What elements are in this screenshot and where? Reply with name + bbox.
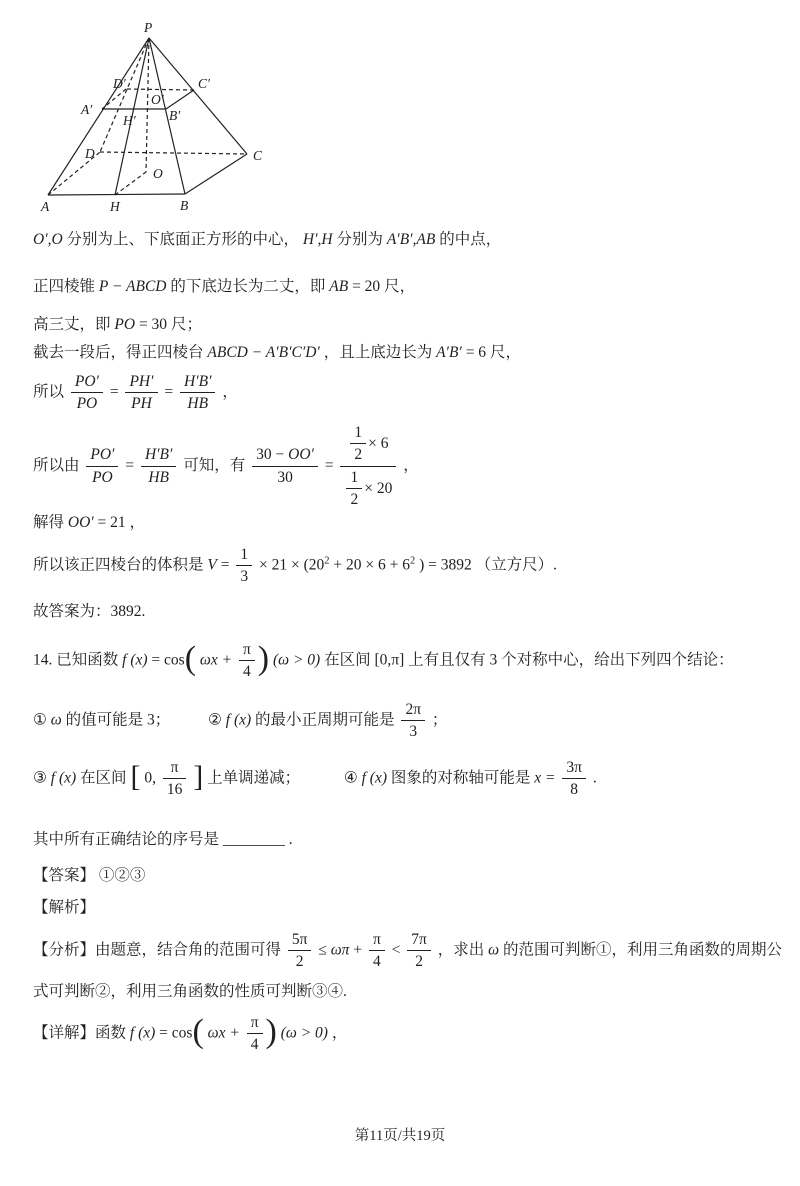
seg: 图象的对称轴可能是 bbox=[391, 769, 531, 786]
seg: OO′ bbox=[68, 514, 94, 531]
seg: ω bbox=[51, 711, 62, 728]
seg: 【解析】 bbox=[33, 899, 95, 916]
denominator: 2 bbox=[407, 950, 431, 971]
fraction: 5π2 bbox=[288, 930, 312, 972]
seg: ， bbox=[403, 457, 419, 474]
fraction: π4 bbox=[369, 930, 385, 972]
vertex-label-o: O bbox=[153, 166, 163, 181]
seg: ； bbox=[432, 711, 448, 728]
answer-line: 【答案】 ①②③ bbox=[33, 864, 145, 888]
seg: = bbox=[164, 383, 173, 400]
document-page: P D′ C′ O′ A′ B′ H′ D C O A H B O′,O 分别为… bbox=[0, 0, 800, 1186]
seg: V bbox=[207, 556, 216, 573]
fraction: 12 bbox=[350, 423, 366, 465]
seg: P − ABCD bbox=[99, 278, 167, 295]
fraction: PH′PH bbox=[125, 372, 157, 414]
seg: 的值可能是 3； bbox=[66, 711, 171, 728]
seg: （立方尺）. bbox=[476, 556, 557, 573]
solution-line-height: 高三丈，即 PO = 30 尺； bbox=[33, 313, 202, 337]
seg: ωx + bbox=[200, 651, 232, 668]
denominator: 4 bbox=[239, 660, 255, 681]
seg: 尺， bbox=[490, 344, 521, 361]
seg: ， bbox=[332, 1024, 348, 1041]
right-paren: ) bbox=[258, 640, 269, 677]
seg: 所以该正四棱台的体积是 bbox=[33, 556, 204, 573]
denominator: 3 bbox=[401, 720, 425, 741]
seg: 的中点， bbox=[439, 231, 501, 248]
denominator: 16 bbox=[163, 778, 187, 799]
seg: f (x) bbox=[130, 1024, 155, 1041]
numerator: π bbox=[163, 758, 187, 778]
seg: 的最小正周期可能是 bbox=[255, 711, 395, 728]
seg: 式可判断②，利用三角函数的性质可判断③④. bbox=[33, 983, 347, 1000]
seg: = bbox=[325, 457, 334, 474]
answer-label: 【答案】 bbox=[33, 867, 95, 884]
denominator: PO bbox=[86, 466, 118, 487]
seg: f (x) bbox=[122, 651, 147, 668]
seg: = 21 bbox=[98, 514, 126, 531]
fraction: π16 bbox=[163, 758, 187, 800]
seg: ωx + bbox=[208, 1024, 240, 1041]
seg: (ω > 0) bbox=[273, 651, 320, 668]
fraction: H′B′HB bbox=[141, 445, 176, 487]
denominator: 8 bbox=[562, 778, 586, 799]
denominator: PO bbox=[71, 392, 103, 413]
seg: = 20 bbox=[352, 278, 380, 295]
seg: = bbox=[125, 457, 134, 474]
analysis-line-2: 式可判断②，利用三角函数的性质可判断③④. bbox=[33, 980, 347, 1004]
numerator: 1 bbox=[236, 545, 252, 565]
solution-line-frustum: 截去一段后，得正四棱台 ABCD − A′B′C′D′ ，且上底边长为 A′B′… bbox=[33, 341, 521, 365]
seg: + bbox=[353, 941, 362, 958]
seg: 故答案为：3892. bbox=[33, 603, 145, 620]
seg: 所以由 bbox=[33, 457, 80, 474]
numerator: 3π bbox=[562, 758, 586, 778]
answer-blank: ________ bbox=[223, 831, 285, 848]
analysis-header: 【解析】 bbox=[33, 896, 95, 920]
circled-4: ④ bbox=[344, 769, 358, 786]
denominator: HB bbox=[180, 392, 215, 413]
fraction: 3π8 bbox=[562, 758, 586, 800]
denominator: 12× 20 bbox=[340, 466, 396, 510]
vertex-label-a: A bbox=[40, 199, 50, 214]
numerator: 1 bbox=[350, 423, 366, 443]
numerator: PH′ bbox=[125, 372, 157, 392]
nested-fraction: 12× 6 12× 20 bbox=[340, 423, 396, 510]
numerator: PO′ bbox=[71, 372, 103, 392]
seg: . bbox=[593, 769, 597, 786]
fraction: PO′PO bbox=[86, 445, 118, 487]
seg: ωπ bbox=[331, 941, 350, 958]
denominator: 2 bbox=[346, 488, 362, 509]
superscript: 2 bbox=[324, 555, 329, 566]
left-paren: ( bbox=[192, 1013, 203, 1050]
circled-2: ② bbox=[208, 711, 222, 728]
seg: = bbox=[110, 383, 119, 400]
seg: A′B′ bbox=[436, 344, 462, 361]
vertex-label-h: H bbox=[109, 199, 121, 214]
solution-line-centers: O′,O 分别为上、下底面正方形的中心， H′,H 分别为 A′B′,AB 的中… bbox=[33, 228, 501, 252]
solution-line-volume: 所以该正四棱台的体积是 V = 13 × 21 × (202 + 20 × 6 … bbox=[33, 545, 557, 587]
right-paren: ) bbox=[266, 1013, 277, 1050]
detail-line: 【详解】函数 f (x) = cos( ωx + π4) (ω > 0) ， bbox=[33, 1013, 347, 1055]
answer-value: ①②③ bbox=[99, 867, 146, 884]
fill-in-prompt: 其中所有正确结论的序号是 ________ . bbox=[33, 828, 293, 852]
seg: ABCD − A′B′C′D′ bbox=[207, 344, 319, 361]
seg: ，且上底边长为 bbox=[324, 344, 433, 361]
page-number: 第11页/共19页 bbox=[355, 1128, 446, 1144]
problem-14-statement: 14. 已知函数 f (x) = cos( ωx + π4) (ω > 0) 在… bbox=[33, 640, 734, 682]
denominator: 4 bbox=[369, 950, 385, 971]
vertex-label-a-prime: A′ bbox=[80, 102, 93, 117]
vertex-label-c-prime: C′ bbox=[198, 76, 211, 91]
seg: 30 − bbox=[256, 446, 288, 463]
seg: ， bbox=[222, 383, 238, 400]
seg: ω bbox=[488, 941, 499, 958]
denominator: 3 bbox=[236, 565, 252, 586]
seg: 所以 bbox=[33, 383, 64, 400]
left-bracket: [ bbox=[130, 760, 140, 793]
numerator: 12× 6 bbox=[340, 423, 396, 466]
fraction: π4 bbox=[239, 640, 255, 682]
superscript: 2 bbox=[410, 555, 415, 566]
solution-line-oo-value: 解得 OO′ = 21 ， bbox=[33, 511, 145, 535]
solution-line-base-edge: 正四棱锥 P − ABCD 的下底边长为二丈，即 AB = 20 尺， bbox=[33, 275, 415, 299]
vertex-label-c: C bbox=[253, 148, 263, 163]
detail-label: 【详解】函数 bbox=[33, 1024, 126, 1041]
seg: 可知，有 bbox=[183, 457, 245, 474]
solution-line-answer: 故答案为：3892. bbox=[33, 600, 145, 624]
seg: AB bbox=[329, 278, 348, 295]
seg: f (x) bbox=[362, 769, 387, 786]
pyramid-figure: P D′ C′ O′ A′ B′ H′ D C O A H B bbox=[20, 8, 290, 222]
denominator: 30 bbox=[252, 466, 318, 487]
circled-1: ① bbox=[33, 711, 47, 728]
seg: = cos bbox=[159, 1024, 192, 1041]
vertex-label-d: D bbox=[84, 146, 95, 161]
seg: < bbox=[392, 941, 401, 958]
seg: 上单调递减； bbox=[207, 769, 300, 786]
fraction: 30 − OO′30 bbox=[252, 445, 318, 487]
numerator: PO′ bbox=[86, 445, 118, 465]
page-footer: 第11页/共19页 bbox=[0, 1124, 800, 1145]
seg: f (x) bbox=[51, 769, 76, 786]
seg: 尺， bbox=[384, 278, 415, 295]
seg: 分别为上、下底面正方形的中心， bbox=[67, 231, 300, 248]
solution-line-equation: 所以由 PO′PO = H′B′HB 可知，有 30 − OO′30 = 12×… bbox=[33, 423, 419, 510]
seg: 的下底边长为二丈，即 bbox=[170, 278, 325, 295]
denominator: 2 bbox=[350, 443, 366, 464]
numerator: 7π bbox=[407, 930, 431, 950]
seg: [0,π] bbox=[374, 651, 404, 668]
numerator: 1 bbox=[346, 468, 362, 488]
numerator: π bbox=[369, 930, 385, 950]
analysis-line-1: 【分析】由题意，结合角的范围可得 5π2 ≤ ωπ + π4 < 7π2 ，求出… bbox=[33, 930, 782, 972]
seg: 的范围可判断①，利用三角函数的周期公 bbox=[503, 941, 782, 958]
seg: (ω > 0) bbox=[281, 1024, 328, 1041]
seg: 其中所有正确结论的序号是 bbox=[33, 831, 219, 848]
seg: × 6 bbox=[368, 435, 388, 452]
seg: 正四棱锥 bbox=[33, 278, 95, 295]
solution-line-ratios: 所以 PO′PO = PH′PH = H′B′HB ， bbox=[33, 372, 238, 414]
problem-number: 14. 已知函数 bbox=[33, 651, 118, 668]
seg: 在区间 bbox=[80, 769, 127, 786]
seg: 0, bbox=[144, 769, 156, 786]
numerator: π bbox=[247, 1013, 263, 1033]
seg: ，求出 bbox=[438, 941, 485, 958]
fraction: 13 bbox=[236, 545, 252, 587]
seg: OO′ bbox=[288, 446, 314, 463]
seg: = 6 bbox=[466, 344, 486, 361]
seg: ， bbox=[130, 514, 146, 531]
denominator: 4 bbox=[247, 1033, 263, 1054]
numerator: H′B′ bbox=[180, 372, 215, 392]
seg: 截去一段后，得正四棱台 bbox=[33, 344, 204, 361]
seg: H′,H bbox=[303, 231, 333, 248]
numerator: H′B′ bbox=[141, 445, 176, 465]
circled-3: ③ bbox=[33, 769, 47, 786]
seg: = bbox=[221, 556, 230, 573]
fraction: 2π3 bbox=[401, 700, 425, 742]
numerator: 2π bbox=[401, 700, 425, 720]
seg: . bbox=[289, 831, 293, 848]
conclusions-1-2: ① ω 的值可能是 3； ② f (x) 的最小正周期可能是 2π3 ； bbox=[33, 700, 447, 742]
seg: 【分析】由题意，结合角的范围可得 bbox=[33, 941, 281, 958]
left-paren: ( bbox=[185, 640, 196, 677]
seg: 分别为 bbox=[336, 231, 383, 248]
seg: 尺； bbox=[171, 316, 202, 333]
right-bracket: ] bbox=[193, 760, 203, 793]
numerator: 5π bbox=[288, 930, 312, 950]
fraction: H′B′HB bbox=[180, 372, 215, 414]
seg: 解得 bbox=[33, 514, 64, 531]
seg: 高三丈，即 bbox=[33, 316, 111, 333]
vertex-label-b-prime: B′ bbox=[169, 108, 181, 123]
seg: ) = 3892 bbox=[419, 556, 472, 573]
conclusions-3-4: ③ f (x) 在区间 [ 0, π16 ] 上单调递减； ④ f (x) 图象… bbox=[33, 758, 597, 800]
seg: 在区间 bbox=[324, 651, 371, 668]
vertex-label-o-prime: O′ bbox=[151, 92, 165, 107]
fraction: PO′PO bbox=[71, 372, 103, 414]
seg: O′,O bbox=[33, 231, 63, 248]
vertex-label-b: B bbox=[180, 198, 188, 213]
seg: = 30 bbox=[139, 316, 167, 333]
vertex-label-d-prime: D′ bbox=[112, 76, 127, 91]
fraction: 12 bbox=[346, 468, 362, 510]
numerator: 30 − OO′ bbox=[252, 445, 318, 465]
seg: × 21 × (20 bbox=[259, 556, 324, 573]
vertex-label-h-prime: H′ bbox=[122, 113, 137, 128]
seg: x = bbox=[534, 769, 555, 786]
seg: = cos bbox=[151, 651, 184, 668]
seg: × 20 bbox=[364, 480, 392, 497]
seg: f (x) bbox=[226, 711, 251, 728]
fraction: 7π2 bbox=[407, 930, 431, 972]
numerator: π bbox=[239, 640, 255, 660]
seg: A′B′,AB bbox=[387, 231, 436, 248]
seg: 上有且仅有 3 个对称中心，给出下列四个结论： bbox=[408, 651, 734, 668]
denominator: 2 bbox=[288, 950, 312, 971]
denominator: HB bbox=[141, 466, 176, 487]
denominator: PH bbox=[125, 392, 157, 413]
seg: + 20 × 6 + 6 bbox=[333, 556, 410, 573]
seg: PO bbox=[114, 316, 135, 333]
seg: ≤ bbox=[318, 941, 327, 958]
fraction: π4 bbox=[247, 1013, 263, 1055]
vertex-label-p: P bbox=[143, 20, 152, 35]
